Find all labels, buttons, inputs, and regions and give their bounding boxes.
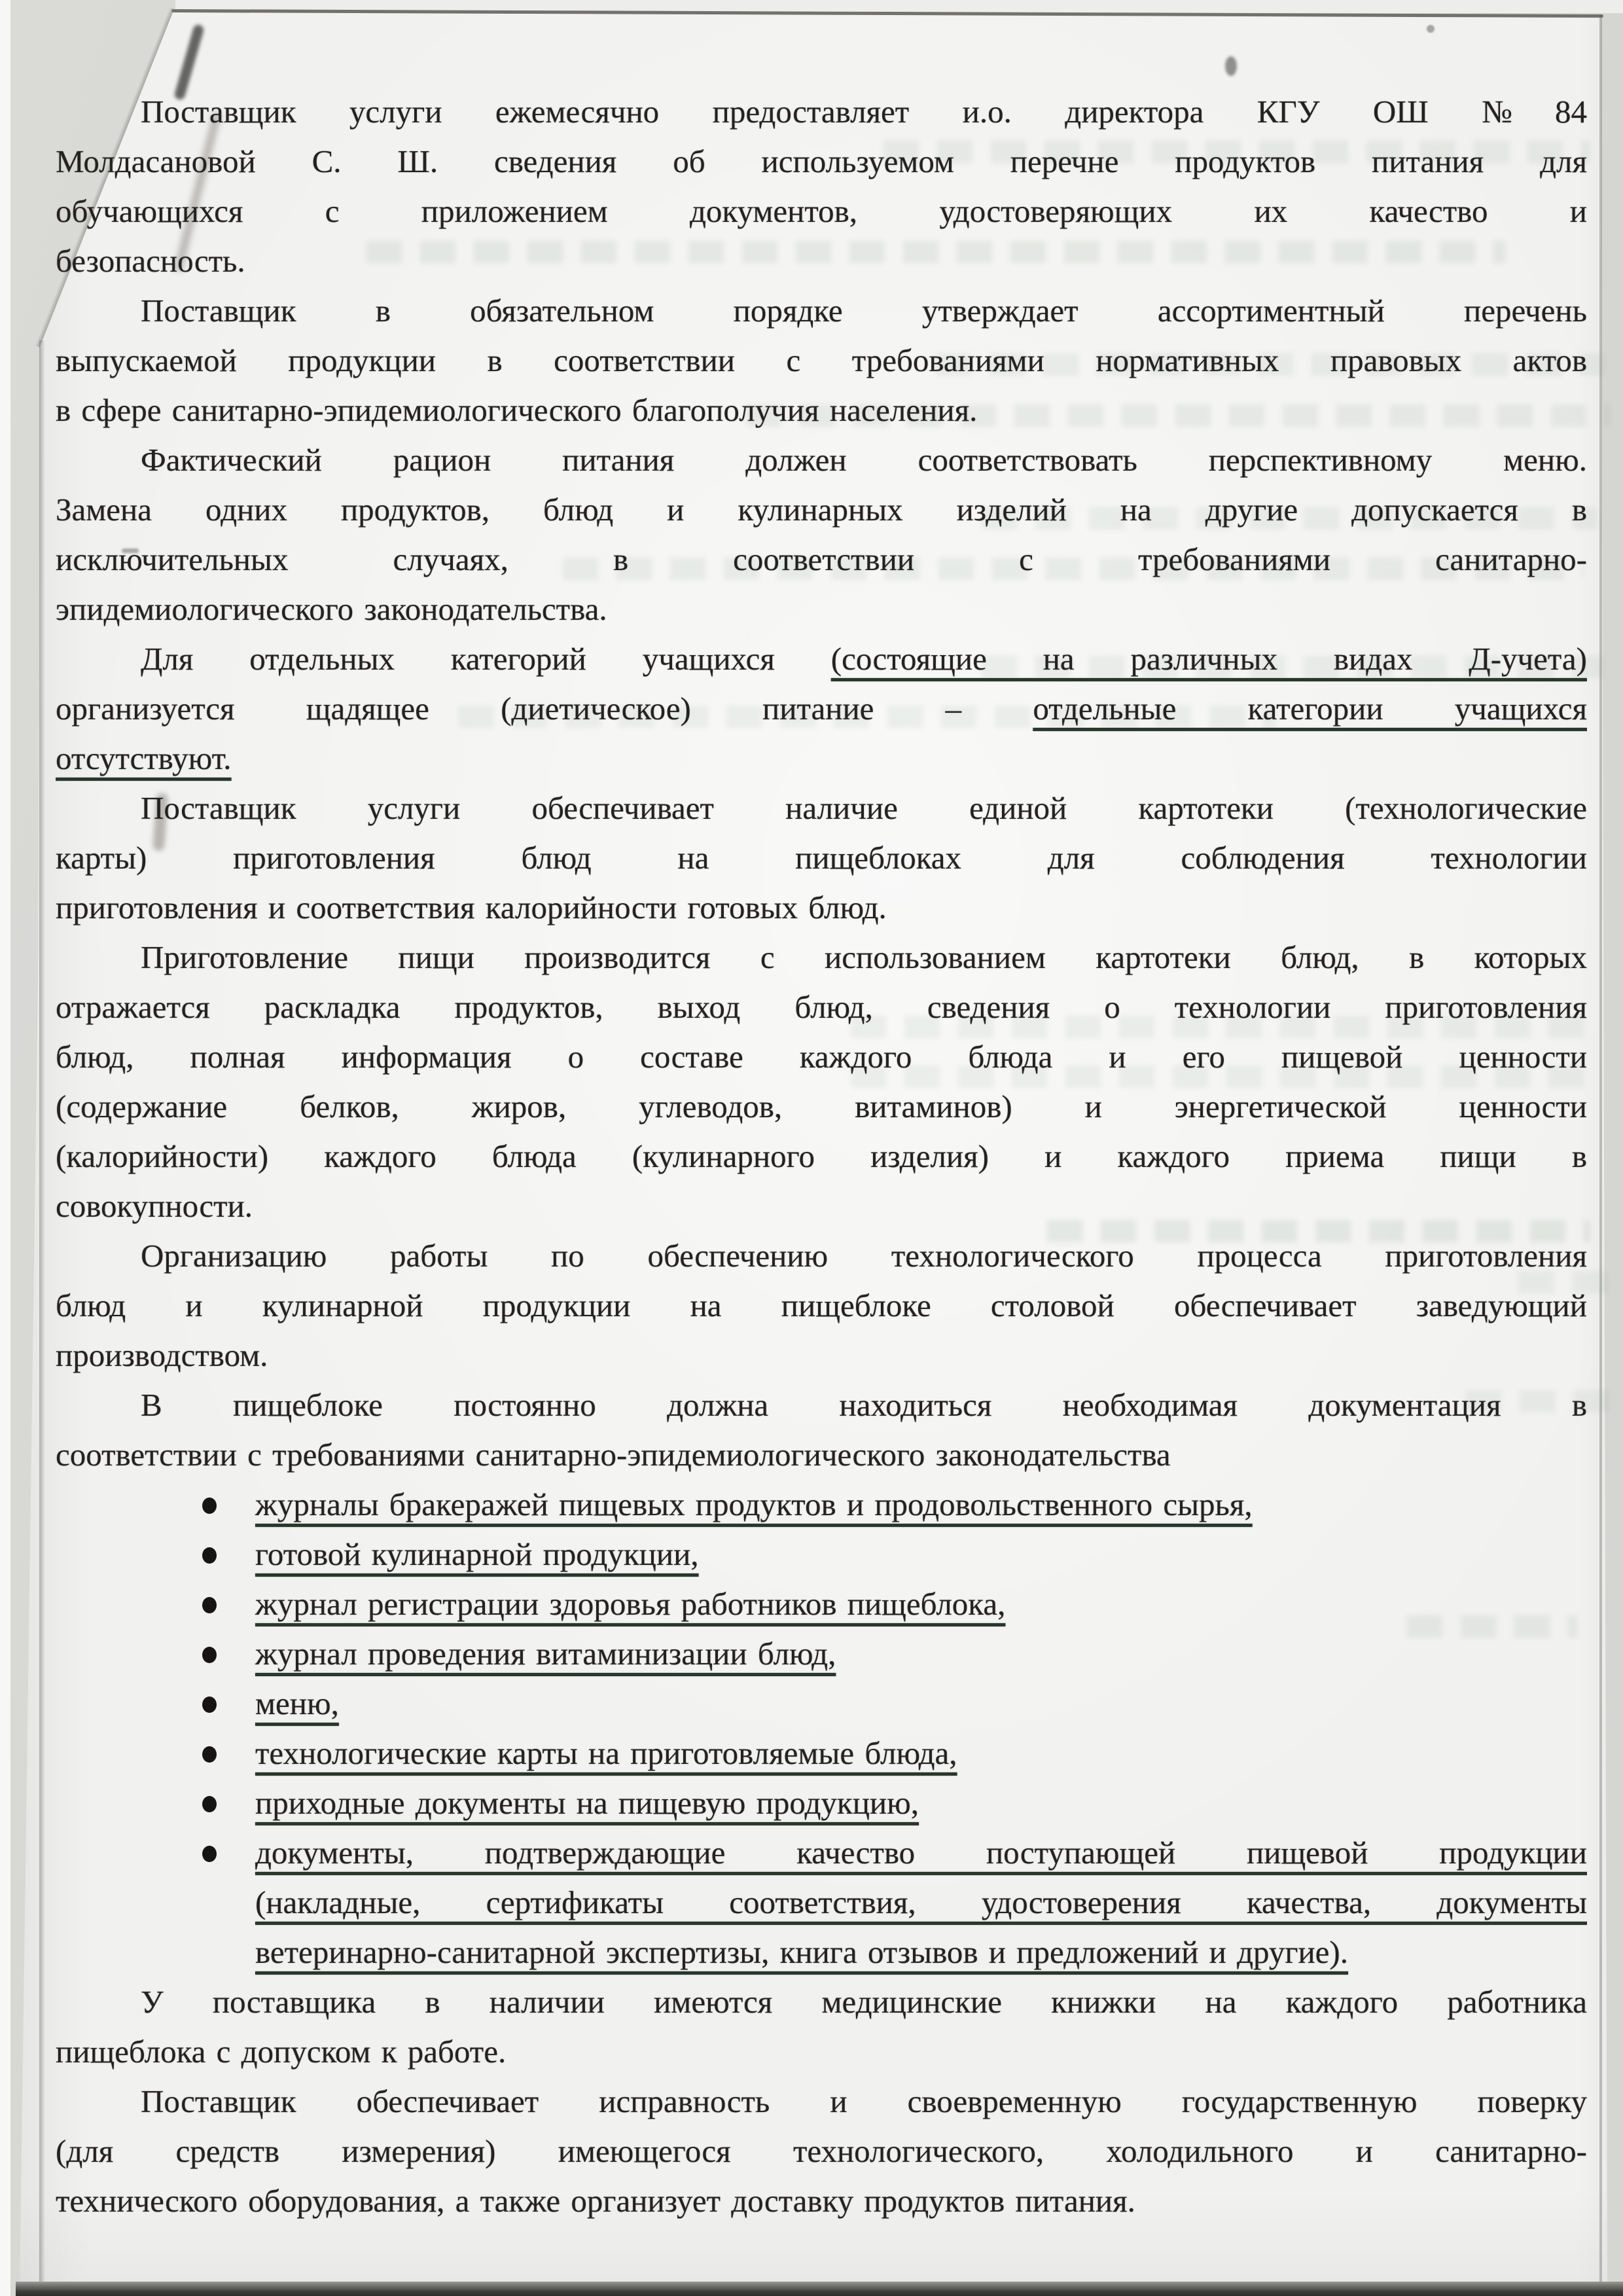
bullet-marker bbox=[202, 1846, 217, 1862]
text-line: карты) приготовления блюд на пищеблоках … bbox=[56, 833, 1587, 883]
text-line: Для отдельных категорий учащихся (состоя… bbox=[56, 634, 1587, 684]
underlined-text: приходные документы на пищевую продукцию… bbox=[255, 1785, 919, 1821]
scanned-page-screen: Поставщик услуги ежемесячно предоставляе… bbox=[0, 0, 1623, 2296]
text-segment: выпускаемой продукции в соответствии с т… bbox=[56, 342, 1587, 378]
bullet-line: (накладные, сертификаты соответствия, уд… bbox=[56, 1878, 1587, 1928]
text-line: в сфере санитарно-эпидемиологического бл… bbox=[56, 386, 1587, 435]
underlined-text: (накладные, сертификаты соответствия, уд… bbox=[255, 1884, 1587, 1920]
text-segment: Приготовление пищи производится с исполь… bbox=[141, 939, 1587, 975]
bullet-line: технологические карты на приготовляемые … bbox=[56, 1729, 1587, 1778]
scanner-left-strip bbox=[0, 0, 10, 2296]
text-segment: организуется щадящее (диетическое) питан… bbox=[56, 691, 1033, 726]
underlined-text: ветеринарно-санитарной экспертизы, книга… bbox=[255, 1934, 1348, 1970]
dust-speck bbox=[1225, 56, 1237, 76]
text-segment: Фактический рацион питания должен соотве… bbox=[141, 442, 1587, 478]
underlined-text: журнал проведения витаминизации блюд, bbox=[255, 1636, 836, 1672]
underlined-text: документы, подтверждающие качество посту… bbox=[255, 1835, 1587, 1871]
text-segment: приготовления и соответствия калорийност… bbox=[56, 889, 887, 925]
underlined-text: технологические карты на приготовляемые … bbox=[255, 1735, 957, 1771]
text-line: Фактический рацион питания должен соотве… bbox=[56, 435, 1587, 485]
text-line: выпускаемой продукции в соответствии с т… bbox=[56, 336, 1587, 386]
underlined-text: меню, bbox=[255, 1685, 339, 1721]
text-segment: Организацию работы по обеспечению технол… bbox=[141, 1238, 1587, 1274]
text-line: Замена одних продуктов, блюд и кулинарны… bbox=[56, 485, 1587, 535]
text-segment: У поставщика в наличии имеются медицинск… bbox=[141, 1984, 1587, 2020]
text-line: У поставщика в наличии имеются медицинск… bbox=[56, 1977, 1587, 2027]
text-line: обучающихся с приложением документов, уд… bbox=[56, 187, 1587, 236]
underlined-text: журнал регистрации здоровья работников п… bbox=[255, 1586, 1005, 1622]
text-segment: Молдасановой С. Ш. сведения об используе… bbox=[56, 143, 1587, 179]
text-segment: Поставщик услуги обеспечивает наличие ед… bbox=[141, 790, 1587, 826]
bullet-line: журналы бракеражей пищевых продуктов и п… bbox=[56, 1480, 1587, 1530]
text-line: Поставщик услуги обеспечивает наличие ед… bbox=[56, 783, 1587, 833]
text-segment: В пищеблоке постоянно должна находиться … bbox=[141, 1387, 1587, 1423]
text-segment: отражается раскладка продуктов, выход бл… bbox=[56, 989, 1587, 1025]
text-segment: (калорийности) каждого блюда (кулинарног… bbox=[56, 1138, 1587, 1174]
bullet-line: журнал регистрации здоровья работников п… bbox=[56, 1579, 1587, 1629]
text-segment: Для отдельных категорий учащихся bbox=[141, 641, 831, 677]
text-segment: обучающихся с приложением документов, уд… bbox=[56, 193, 1587, 229]
text-line: безопасность. bbox=[56, 236, 1587, 286]
page-bottom-edge-shadow bbox=[16, 2282, 1623, 2296]
underlined-text: отсутствуют. bbox=[56, 740, 232, 776]
bullet-line: документы, подтверждающие качество посту… bbox=[56, 1828, 1587, 1878]
text-segment: производством. bbox=[56, 1337, 268, 1373]
text-segment: совокупности. bbox=[56, 1188, 253, 1224]
text-segment: блюд, полная информация о составе каждог… bbox=[56, 1039, 1587, 1075]
text-line: В пищеблоке постоянно должна находиться … bbox=[56, 1380, 1587, 1430]
text-line: отсутствуют. bbox=[56, 734, 1587, 783]
bullet-line: приходные документы на пищевую продукцию… bbox=[56, 1778, 1587, 1828]
text-line: Поставщик в обязательном порядке утвержд… bbox=[56, 286, 1587, 336]
underlined-text: (состоящие на различных видах Д-учета) bbox=[831, 641, 1587, 677]
text-line: Поставщик обеспечивает исправность и сво… bbox=[56, 2077, 1587, 2126]
text-segment: Поставщик обеспечивает исправность и сво… bbox=[141, 2083, 1587, 2119]
text-segment: Поставщик услуги ежемесячно предоставляе… bbox=[141, 94, 1587, 130]
text-line: производством. bbox=[56, 1331, 1587, 1380]
page-left-edge-shadow bbox=[39, 340, 45, 2287]
text-line: пищеблока с допуском к работе. bbox=[56, 2027, 1587, 2077]
bullet-marker bbox=[202, 1647, 217, 1663]
text-segment: (для средств измерения) имеющегося техно… bbox=[56, 2133, 1587, 2169]
text-segment: (содержание белков, жиров, углеводов, ви… bbox=[56, 1088, 1587, 1124]
bullet-marker bbox=[202, 1796, 217, 1812]
text-segment: технического оборудования, а также орган… bbox=[56, 2183, 1135, 2219]
text-segment: соответствии с требованиями санитарно-эп… bbox=[56, 1437, 1171, 1473]
text-line: исключительных случаях, в соответствии с… bbox=[56, 535, 1587, 584]
bullet-marker bbox=[202, 1696, 217, 1713]
text-line: Приготовление пищи производится с исполь… bbox=[56, 933, 1587, 982]
text-line: Организацию работы по обеспечению технол… bbox=[56, 1231, 1587, 1281]
text-line: эпидемиологического законодательства. bbox=[56, 584, 1587, 634]
text-line: технического оборудования, а также орган… bbox=[56, 2176, 1587, 2226]
document-text: Поставщик услуги ежемесячно предоставляе… bbox=[56, 87, 1587, 2226]
bullet-marker bbox=[202, 1597, 217, 1613]
text-line: (калорийности) каждого блюда (кулинарног… bbox=[56, 1132, 1587, 1181]
text-segment: исключительных случаях, в соответствии с… bbox=[56, 541, 1587, 577]
bullet-line: журнал проведения витаминизации блюд, bbox=[56, 1629, 1587, 1679]
bullet-marker bbox=[202, 1547, 217, 1564]
text-line: приготовления и соответствия калорийност… bbox=[56, 883, 1587, 933]
text-line: блюд и кулинарной продукции на пищеблоке… bbox=[56, 1281, 1587, 1331]
text-segment: эпидемиологического законодательства. bbox=[56, 591, 607, 627]
text-line: (для средств измерения) имеющегося техно… bbox=[56, 2126, 1587, 2176]
bullet-marker bbox=[202, 1498, 217, 1514]
text-line: совокупности. bbox=[56, 1181, 1587, 1231]
underlined-text: журналы бракеражей пищевых продуктов и п… bbox=[255, 1486, 1253, 1522]
text-segment: карты) приготовления блюд на пищеблоках … bbox=[56, 840, 1587, 876]
dust-speck bbox=[1427, 25, 1435, 33]
text-segment: Поставщик в обязательном порядке утвержд… bbox=[141, 293, 1587, 329]
bullet-line: меню, bbox=[56, 1679, 1587, 1729]
text-line: Поставщик услуги ежемесячно предоставляе… bbox=[56, 87, 1587, 137]
text-line: Молдасановой С. Ш. сведения об используе… bbox=[56, 137, 1587, 187]
text-segment: безопасность. bbox=[56, 243, 245, 279]
text-segment: Замена одних продуктов, блюд и кулинарны… bbox=[56, 492, 1587, 528]
bullet-marker bbox=[202, 1746, 217, 1763]
text-segment: пищеблока с допуском к работе. bbox=[56, 2034, 506, 2070]
bullet-line: готовой кулинарной продукции, bbox=[56, 1530, 1587, 1579]
text-segment: в сфере санитарно-эпидемиологического бл… bbox=[56, 392, 977, 428]
underlined-text: готовой кулинарной продукции, bbox=[255, 1536, 699, 1572]
text-line: блюд, полная информация о составе каждог… bbox=[56, 1032, 1587, 1082]
underlined-text: отдельные категории учащихся bbox=[1033, 691, 1587, 726]
text-line: (содержание белков, жиров, углеводов, ви… bbox=[56, 1082, 1587, 1132]
text-line: соответствии с требованиями санитарно-эп… bbox=[56, 1430, 1587, 1480]
text-line: отражается раскладка продуктов, выход бл… bbox=[56, 982, 1587, 1032]
bullet-line: ветеринарно-санитарной экспертизы, книга… bbox=[56, 1928, 1587, 1977]
text-segment: блюд и кулинарной продукции на пищеблоке… bbox=[56, 1287, 1587, 1323]
text-line: организуется щадящее (диетическое) питан… bbox=[56, 684, 1587, 734]
